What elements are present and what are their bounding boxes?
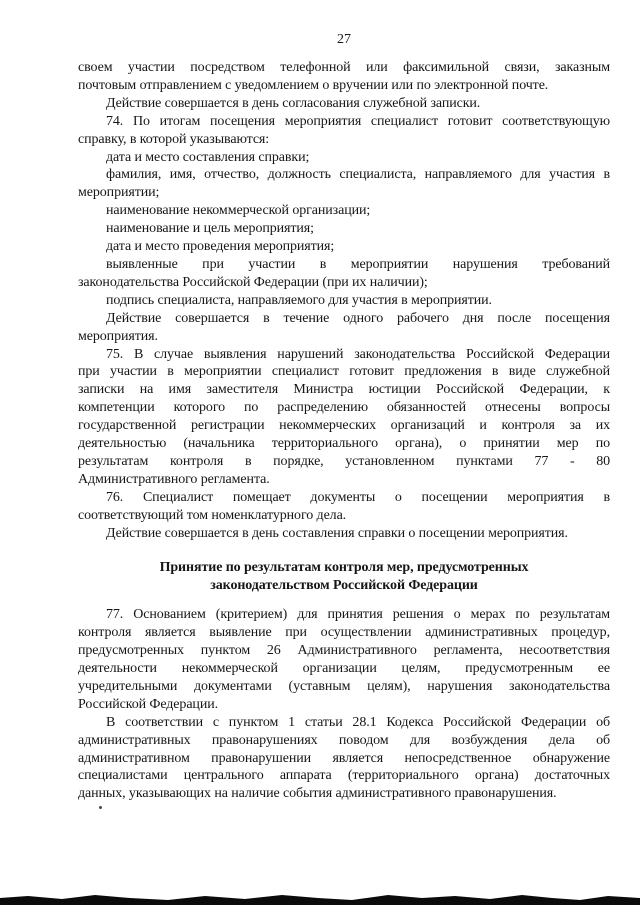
- paragraph-line: дата и место проведения мероприятия;: [78, 238, 610, 256]
- paragraph-line: специалистами центрального аппарата (тер…: [78, 767, 610, 785]
- paragraph-line: Действие совершается в день составления …: [78, 525, 610, 543]
- paragraph-line: подпись специалиста, направляемого для у…: [78, 292, 610, 310]
- paragraph-line: дата и место составления справки;: [78, 149, 610, 167]
- paragraph: дата и место проведения мероприятия;: [78, 238, 610, 256]
- paragraph-line: В соответствии с пунктом 1 статьи 28.1 К…: [78, 714, 610, 732]
- page-content: 27 своем участии посредством телефонной …: [78, 32, 610, 803]
- paragraph-line: Действие совершается в день согласования…: [78, 95, 610, 113]
- paragraph: фамилия, имя, отчество, должность специа…: [78, 166, 610, 202]
- paragraph-line: выявленные при участии в мероприятии нар…: [78, 256, 610, 274]
- paragraph: В соответствии с пунктом 1 статьи 28.1 К…: [78, 714, 610, 804]
- paragraph: Действие совершается в день согласования…: [78, 95, 610, 113]
- paragraph-line: наименование некоммерческой организации;: [78, 202, 610, 220]
- paragraph-line: 75. В случае выявления нарушений законод…: [78, 346, 610, 364]
- paragraph-line: 74. По итогам посещения мероприятия спец…: [78, 113, 610, 131]
- paragraph-line: мероприятия.: [78, 328, 610, 346]
- paragraph-line: фамилия, имя, отчество, должность специа…: [78, 166, 610, 184]
- section-heading-line: Принятие по результатам контроля мер, пр…: [78, 559, 610, 577]
- paragraph: своем участии посредством телефонной или…: [78, 59, 610, 95]
- section-heading-line: законодательством Российской Федерации: [78, 577, 610, 595]
- paragraph-line: почтовым отправлением с уведомлением о в…: [78, 77, 610, 95]
- paragraph: 77. Основанием (критерием) для принятия …: [78, 606, 610, 713]
- paragraph-line: данных, указывающих на наличие события а…: [78, 785, 610, 803]
- paragraph-line: компетенции которого по распределению об…: [78, 399, 610, 417]
- scan-edge-artifact: [0, 889, 640, 905]
- paragraph: наименование и цель мероприятия;: [78, 220, 610, 238]
- scan-speck-artifact: [99, 806, 102, 809]
- paragraph-line: мероприятии;: [78, 184, 610, 202]
- paragraph-line: деятельности некоммерческой организации …: [78, 660, 610, 678]
- paragraph: Действие совершается в течение одного ра…: [78, 310, 610, 346]
- paragraph-line: результатам контроля в порядке, установл…: [78, 453, 610, 471]
- paragraph-line: 77. Основанием (критерием) для принятия …: [78, 606, 610, 624]
- paragraph-line: административных правонарушениях поводом…: [78, 732, 610, 750]
- paragraph: подпись специалиста, направляемого для у…: [78, 292, 610, 310]
- paragraph-line: учредительными документами (уставным цел…: [78, 678, 610, 696]
- paragraph-line: 76. Специалист помещает документы о посе…: [78, 489, 610, 507]
- page-number: 27: [78, 32, 610, 48]
- paragraph: наименование некоммерческой организации;: [78, 202, 610, 220]
- paragraph: 76. Специалист помещает документы о посе…: [78, 489, 610, 525]
- paragraph-line: записки на имя заместителя Министра юсти…: [78, 381, 610, 399]
- paragraph-line: предусмотренных пунктом 26 Административ…: [78, 642, 610, 660]
- paragraph: Действие совершается в день составления …: [78, 525, 610, 543]
- paragraph-line: своем участии посредством телефонной или…: [78, 59, 610, 77]
- section-heading: Принятие по результатам контроля мер, пр…: [78, 559, 610, 595]
- paragraph-line: при участии в мероприятии специалист гот…: [78, 363, 610, 381]
- paragraph-line: административном правонарушении является…: [78, 750, 610, 768]
- paragraph-line: наименование и цель мероприятия;: [78, 220, 610, 238]
- scanned-document-page: { "page": { "number": "27", "paragraphs"…: [0, 0, 640, 905]
- paragraph-line: Российской Федерации.: [78, 696, 610, 714]
- paragraph: 75. В случае выявления нарушений законод…: [78, 346, 610, 489]
- paragraph-line: справку, в которой указываются:: [78, 131, 610, 149]
- paragraph-line: контроля является выявление при осуществ…: [78, 624, 610, 642]
- paragraph-line: государственной регистрации некоммерческ…: [78, 417, 610, 435]
- scan-edge-shape: [0, 895, 640, 905]
- paragraph-line: Административного регламента.: [78, 471, 610, 489]
- paragraph: выявленные при участии в мероприятии нар…: [78, 256, 610, 292]
- paragraph: дата и место составления справки;: [78, 149, 610, 167]
- paragraph-line: соответствующий том номенклатурного дела…: [78, 507, 610, 525]
- paragraph-line: деятельностью (начальника территориально…: [78, 435, 610, 453]
- page-body: своем участии посредством телефонной или…: [78, 59, 610, 803]
- paragraph-line: Действие совершается в течение одного ра…: [78, 310, 610, 328]
- paragraph: 74. По итогам посещения мероприятия спец…: [78, 113, 610, 149]
- paragraph-line: законодательства Российской Федерации (п…: [78, 274, 610, 292]
